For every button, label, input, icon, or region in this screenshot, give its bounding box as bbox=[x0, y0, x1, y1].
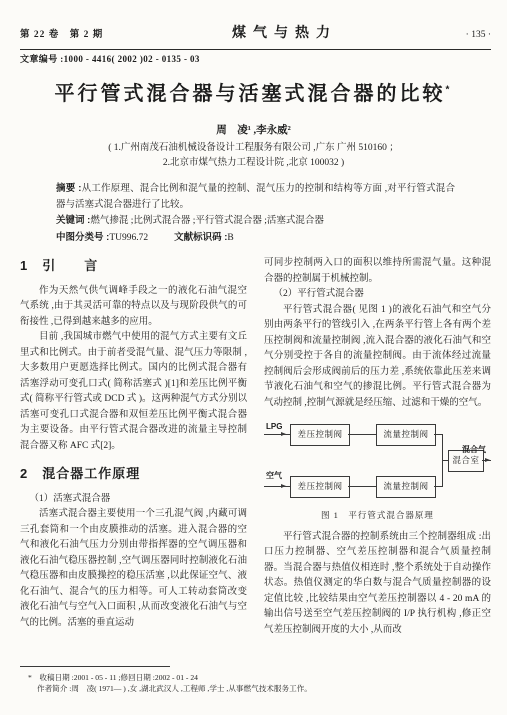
intro-paragraph-2: 目前 ,我国城市燃气中使用的混气方式主要有文丘里式和比例式。由于前者受混气量、混… bbox=[20, 330, 247, 454]
classification-line: 中图分类号 :TU996.72文献标识码 :B bbox=[56, 230, 455, 247]
figure-1-diagram: LPG 差压控制阀 流量控制阀 空气 差压控制阀 流量控制阀 bbox=[264, 419, 491, 501]
keywords-label: 关键词 : bbox=[56, 215, 90, 226]
affiliation-line-2: 2.北京市煤气热力工程设计院 ,北京 100032 ) bbox=[0, 154, 507, 168]
parallel-mixer-subhead: （2）平行管式混合器 bbox=[264, 287, 491, 303]
dp-control-valve-top-label: 差压控制阀 bbox=[297, 427, 342, 443]
flow-control-valve-bottom-label: 流量控制阀 bbox=[383, 479, 428, 495]
dp-control-valve-bottom-label: 差压控制阀 bbox=[297, 479, 342, 495]
abstract-text: 从工作原理、混合比例和混气量的控制、混气压力的控制和结构等方面 ,对平行管式混合… bbox=[56, 184, 455, 210]
dp-control-valve-top-box: 差压控制阀 bbox=[290, 424, 350, 446]
piston-mixer-paragraph: 活塞式混合器主要使用一个三孔混气阀 ,内藏可调三孔套筒和一个由皮膜推动的活塞。进… bbox=[20, 507, 247, 631]
lpg-inlet-label: LPG bbox=[266, 419, 282, 435]
volume-issue: 第 22 卷 第 2 期 bbox=[20, 26, 103, 40]
paper-title: 平行管式混合器与活塞式混合器的比较* bbox=[0, 77, 507, 106]
keywords-line: 关键词 :燃气掺混 ;比例式混合器 ;平行管式混合器 ;活塞式混合器 bbox=[56, 213, 455, 230]
affiliation-line-1: ( 1.广州南茂石油机械设备设计工程服务有限公司 ,广东 广州 510160 ； bbox=[0, 139, 507, 153]
section-1-heading: 1 引 言 bbox=[20, 258, 247, 274]
section-2-heading: 2 混合器工作原理 bbox=[20, 466, 247, 482]
author-names: 周 凌¹ ,李永威² bbox=[0, 122, 507, 137]
footnote-author-bio: 作者简介 :周 凌( 1971— ) ,女 ,湖北武汉人 ,工程师 ,学士 ,从… bbox=[20, 683, 490, 694]
air-inlet-line bbox=[264, 486, 290, 487]
doc-code-label: 文献标识码 : bbox=[174, 232, 227, 243]
flow-control-valve-top-label: 流量控制阀 bbox=[383, 427, 428, 443]
figure-1: LPG 差压控制阀 流量控制阀 空气 差压控制阀 流量控制阀 bbox=[264, 419, 491, 524]
abstract-block: 摘要 :从工作原理、混合比例和混气量的控制、混气压力的控制和结构等方面 ,对平行… bbox=[56, 181, 455, 246]
page-number: · 135 · bbox=[466, 30, 491, 40]
page-header: 第 22 卷 第 2 期 煤气与热力 · 135 · bbox=[20, 22, 491, 50]
doc-code-value: B bbox=[227, 233, 233, 243]
flow-control-valve-top-box: 流量控制阀 bbox=[376, 424, 436, 446]
lpg-inlet-line bbox=[264, 434, 290, 435]
right-column: 可同步控制两入口的面积以维持所需混气量。这种混合器的控制属于机械控制。 （2）平… bbox=[264, 256, 491, 666]
abstract-label: 摘要 : bbox=[56, 183, 81, 194]
intro-paragraph-1: 作为天然气供气调峰手段之一的液化石油气混空气系统 ,由于其灵活可靠的特点以及与现… bbox=[20, 284, 247, 331]
flow-control-valve-bottom-box: 流量控制阀 bbox=[376, 476, 436, 498]
air-inlet-label: 空气 bbox=[266, 468, 282, 484]
title-footnote-mark: * bbox=[446, 84, 453, 95]
footnote-rule bbox=[20, 666, 170, 667]
mixed-gas-outlet-arrow-icon bbox=[485, 458, 490, 462]
lpg-inlet-arrow-icon bbox=[281, 432, 286, 436]
clc-label: 中图分类号 : bbox=[56, 232, 109, 243]
mixed-gas-label: 混合气 bbox=[462, 442, 486, 458]
paper-title-text: 平行管式混合器与活塞式混合器的比较 bbox=[55, 83, 446, 105]
footnote-received-dates: * 收稿日期 :2001 - 05 - 11 ;修回日期 :2002 - 01 … bbox=[20, 672, 490, 683]
dp-control-valve-bottom-box: 差压控制阀 bbox=[290, 476, 350, 498]
abstract-paragraph: 摘要 :从工作原理、混合比例和混气量的控制、混气压力的控制和结构等方面 ,对平行… bbox=[56, 181, 455, 213]
journal-page: 第 22 卷 第 2 期 煤气与热力 · 135 · 文章编号 :1000 - … bbox=[0, 0, 507, 715]
body-columns: 1 引 言 作为天然气供气调峰手段之一的液化石油气混空气系统 ,由于其灵活可靠的… bbox=[20, 256, 491, 666]
keywords-text: 燃气掺混 ;比例式混合器 ;平行管式混合器 ;活塞式混合器 bbox=[90, 216, 324, 226]
air-inlet-arrow-icon bbox=[281, 484, 286, 488]
piston-mixer-subhead: （1）活塞式混合器 bbox=[20, 492, 247, 508]
footnote-block: * 收稿日期 :2001 - 05 - 11 ;修回日期 :2002 - 01 … bbox=[20, 666, 490, 694]
figure-1-caption: 图 1 平行管式混合器原理 bbox=[264, 508, 491, 524]
clc-value: TU996.72 bbox=[109, 233, 148, 243]
air-connector-line bbox=[348, 486, 376, 487]
piston-mixer-continuation: 可同步控制两入口的面积以维持所需混气量。这种混合器的控制属于机械控制。 bbox=[264, 256, 491, 287]
parallel-mixer-paragraph: 平行管式混合器( 见图 1 )的液化石油气和空气分别由两条平行的管线引入 ,在两… bbox=[264, 303, 491, 412]
journal-title: 煤气与热力 bbox=[232, 22, 337, 42]
article-number: 文章编号 :1000 - 4416( 2002 )02 - 0135 - 03 bbox=[20, 52, 200, 65]
left-column: 1 引 言 作为天然气供气调峰手段之一的液化石油气混空气系统 ,由于其灵活可靠的… bbox=[20, 256, 247, 666]
lpg-connector-line bbox=[348, 434, 376, 435]
control-system-paragraph: 平行管式混合器的控制系统由三个控制器组成 :出口压力控制器、空气差压控制器和混合… bbox=[264, 530, 491, 639]
